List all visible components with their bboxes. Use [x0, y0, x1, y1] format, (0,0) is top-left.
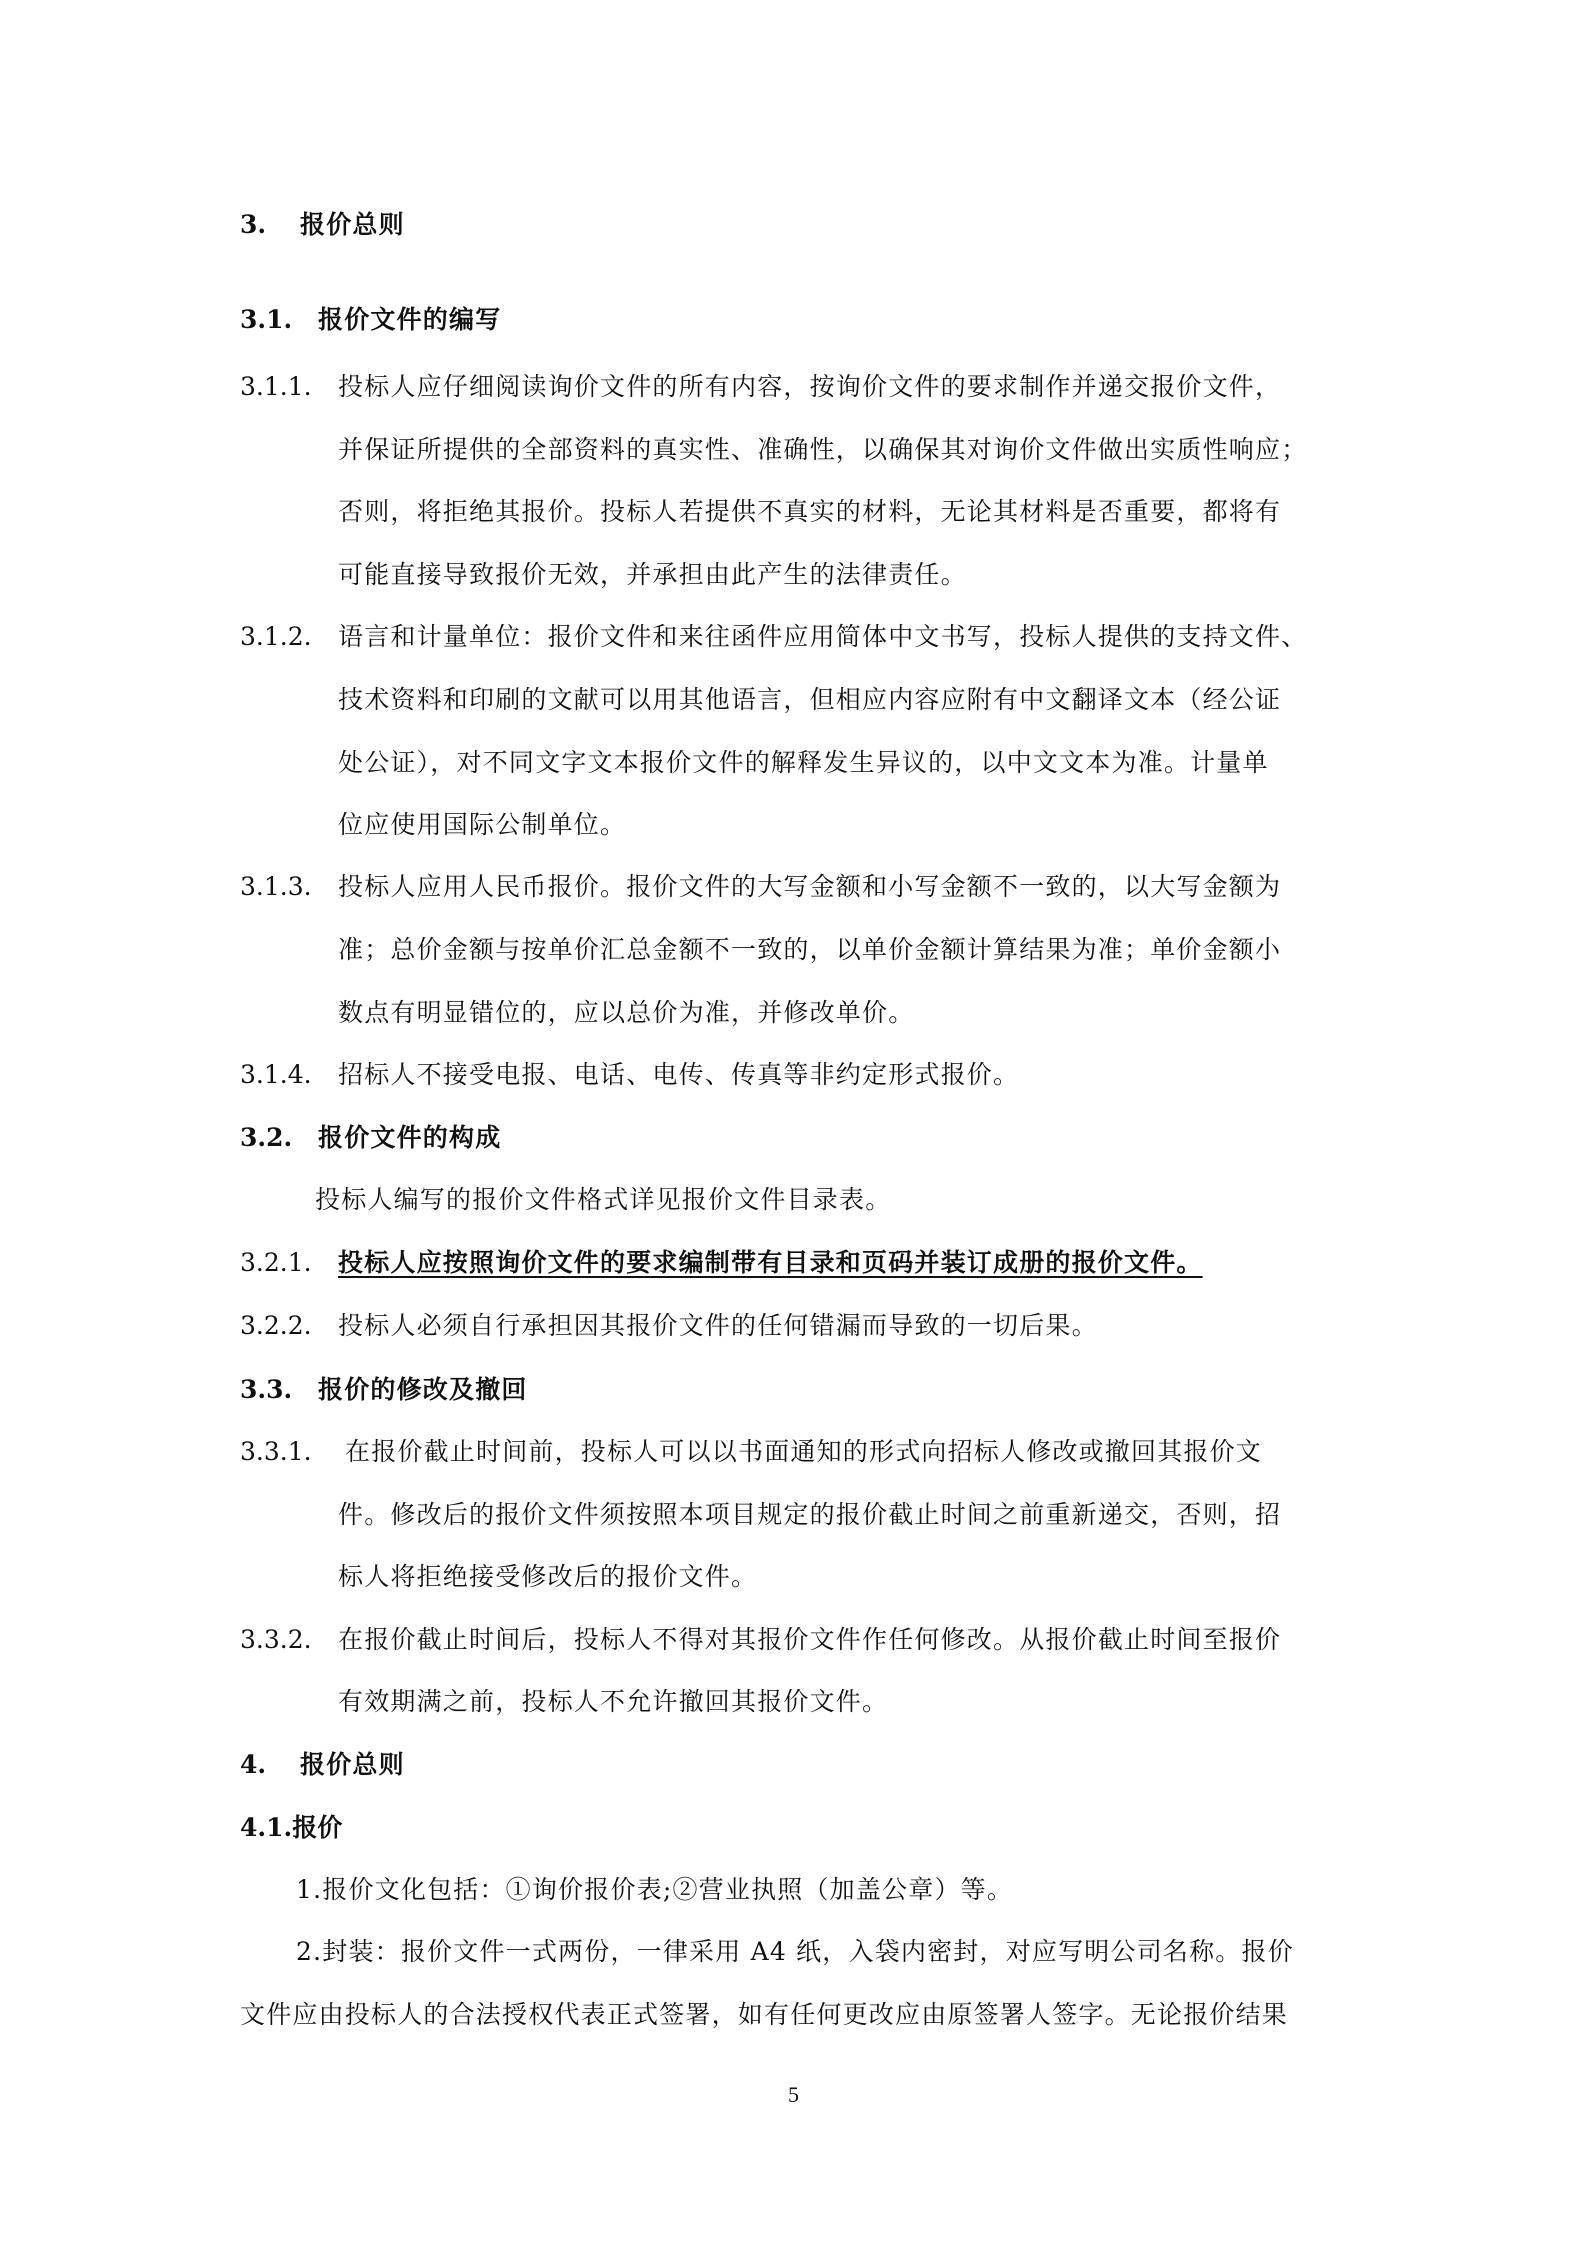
clause-number: 3.1.1. [240, 372, 312, 402]
clause-text-line: 在报价截止时间前，投标人可以以书面通知的形式向招标人修改或撤回其报价文 [345, 1437, 1262, 1467]
subsection-intro: 投标人编写的报价文件格式详见报价文件目录表。 [315, 1185, 891, 1215]
document-page: 3. 报价总则 3.1. 报价文件的编写 3.1.1. 投标人应仔细阅读询价文件… [0, 0, 1587, 2245]
page-number: 5 [788, 2082, 799, 2108]
clause-text-line: 语言和计量单位：报价文件和来往函件应用简体中文书写，投标人提供的支持文件、 [338, 622, 1307, 652]
clause-text-line: 标人将拒绝接受修改后的报价文件。 [338, 1562, 757, 1592]
clause-text-line: 技术资料和印刷的文献可以用其他语言，但相应内容应附有中文翻译文本（经公证 [338, 685, 1281, 715]
clause-number: 3.1.4. [240, 1060, 312, 1090]
clause-text-line-underlined: 投标人应按照询价文件的要求编制带有目录和页码并装订成册的报价文件。 [338, 1248, 1203, 1278]
clause-text-line: 投标人必须自行承担因其报价文件的任何错漏而导致的一切后果。 [338, 1311, 1098, 1341]
clause-text-line: 件。修改后的报价文件须按照本项目规定的报价截止时间之前重新递交，否则，招 [338, 1500, 1281, 1530]
subsection-heading: 报价文件的构成 [318, 1123, 501, 1153]
subsection-number: 3.1. [240, 305, 292, 335]
subsection-heading: 4.1.报价 [240, 1813, 342, 1843]
clause-text-line: 位应使用国际公制单位。 [338, 810, 626, 840]
section-number: 3. [240, 210, 266, 240]
clause-text-line: 投标人应仔细阅读询价文件的所有内容，按询价文件的要求制作并递交报价文件， [338, 372, 1281, 402]
list-item: 1.报价文化包括：①询价报价表;②营业执照（加盖公章）等。 [296, 1875, 1013, 1905]
clause-number: 3.2.1. [240, 1248, 312, 1278]
clause-number: 3.1.3. [240, 872, 312, 902]
clause-number: 3.1.2. [240, 622, 312, 652]
clause-number: 3.3.1. [240, 1437, 312, 1467]
section-number: 4. [240, 1750, 266, 1780]
clause-number: 3.3.2. [240, 1625, 312, 1655]
list-item: 2.封装：报价文件一式两份，一律采用 A4 纸，入袋内密封，对应写明公司名称。报… [296, 1937, 1294, 1967]
clause-text-line: 在报价截止时间后，投标人不得对其报价文件作任何修改。从报价截止时间至报价 [338, 1625, 1281, 1655]
clause-text-line: 数点有明显错位的，应以总价为准，并修改单价。 [338, 998, 914, 1028]
subsection-heading: 报价文件的编写 [318, 305, 501, 335]
section-heading: 报价总则 [300, 210, 405, 240]
clause-text-line: 有效期满之前，投标人不允许撤回其报价文件。 [338, 1687, 888, 1717]
clause-text-line: 准；总价金额与按单价汇总金额不一致的，以单价金额计算结果为准；单价金额小 [338, 935, 1281, 965]
clause-text-line: 招标人不接受电报、电话、电传、传真等非约定形式报价。 [338, 1060, 1019, 1090]
subsection-heading: 报价的修改及撤回 [318, 1375, 528, 1405]
list-item-continuation: 文件应由投标人的合法授权代表正式签署，如有任何更改应由原签署人签字。无论报价结果 [240, 2000, 1288, 2030]
clause-text-line: 否则，将拒绝其报价。投标人若提供不真实的材料，无论其材料是否重要，都将有 [338, 497, 1281, 527]
clause-text-line: 处公证），对不同文字文本报价文件的解释发生异议的，以中文文本为准。计量单 [338, 748, 1269, 778]
clause-number: 3.2.2. [240, 1311, 312, 1341]
section-heading: 报价总则 [300, 1750, 405, 1780]
subsection-number: 3.2. [240, 1123, 292, 1153]
subsection-number: 3.3. [240, 1375, 292, 1405]
clause-text-line: 可能直接导致报价无效，并承担由此产生的法律责任。 [338, 560, 967, 590]
clause-text-line: 并保证所提供的全部资料的真实性、准确性，以确保其对询价文件做出实质性响应； [338, 435, 1307, 465]
clause-text-line: 投标人应用人民币报价。报价文件的大写金额和小写金额不一致的，以大写金额为 [338, 872, 1281, 902]
